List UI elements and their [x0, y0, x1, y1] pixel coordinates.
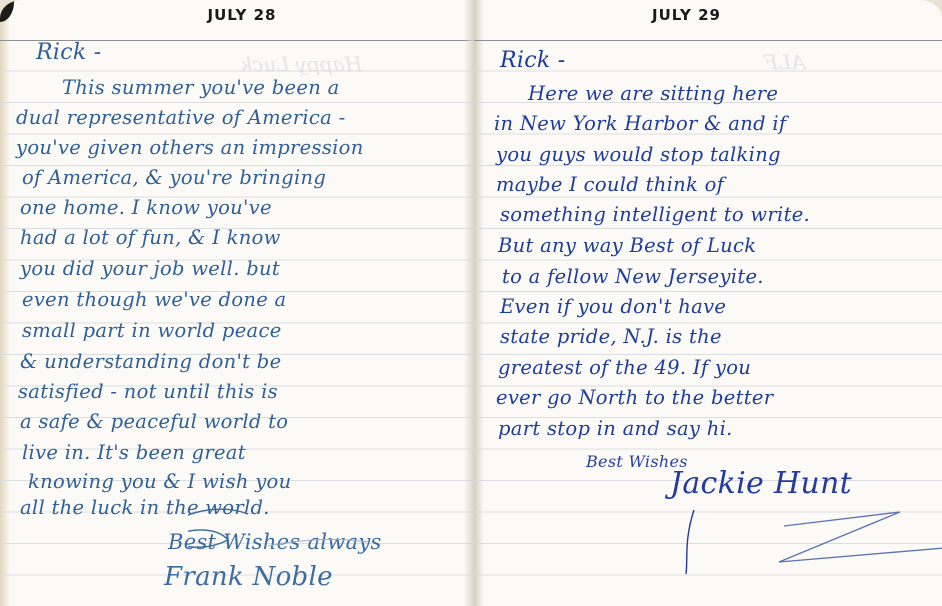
date-heading: JULY 29 [652, 6, 721, 24]
body-line: of America, & you're bringing [22, 166, 326, 189]
body-line: one home. I know you've [20, 196, 272, 219]
body-line: you did your job well. but [20, 257, 280, 280]
ink-bleed-through: Happy Luck [240, 52, 362, 76]
body-line: maybe I could think of [496, 173, 724, 196]
body-line: you guys would stop talking [496, 143, 781, 166]
body-line: Even if you don't have [500, 295, 726, 318]
body-line: Here we are sitting here [528, 82, 778, 105]
body-line: in New York Harbor & and if [494, 112, 786, 135]
body-line: dual representative of America - [16, 106, 345, 129]
body-line: state pride, N.J. is the [500, 325, 722, 348]
signature: Jackie Hunt [670, 466, 852, 501]
signature-underline-flourish [654, 500, 942, 580]
body-line: satisfied - not until this is [18, 380, 278, 403]
body-line: This summer you've been a [62, 76, 340, 99]
body-line: you've given others an impression [16, 136, 364, 159]
body-line: ever go North to the better [496, 386, 773, 409]
body-line: knowing you & I wish you [28, 470, 291, 493]
left-page: JULY 28 Happy Luck Rick - This summer yo… [0, 0, 474, 606]
diary-spread: JULY 28 Happy Luck Rick - This summer yo… [0, 0, 942, 606]
salutation: Rick - [36, 40, 101, 65]
date-heading: JULY 28 [0, 6, 474, 24]
body-line: even though we've done a [22, 288, 286, 311]
body-line: small part in world peace [22, 319, 282, 342]
salutation: Rick - [500, 48, 565, 73]
right-page: JULY 29 ALF Rick - Here we are sitting h… [474, 0, 942, 606]
body-line: live in. It's been great [22, 441, 246, 464]
signature-flourish [188, 498, 388, 558]
ink-bleed-through: ALF [764, 50, 806, 74]
body-line: to a fellow New Jerseyite. [502, 265, 764, 288]
signature: Frank Noble [164, 562, 333, 592]
body-line: something intelligent to write. [500, 203, 810, 226]
body-line: & understanding don't be [20, 350, 281, 373]
body-line: had a lot of fun, & I know [20, 226, 281, 249]
header-rule [474, 40, 942, 41]
body-line: a safe & peaceful world to [20, 410, 288, 433]
body-line: part stop in and say hi. [498, 417, 733, 440]
body-line: But any way Best of Luck [498, 234, 756, 257]
body-line: greatest of the 49. If you [498, 356, 751, 379]
